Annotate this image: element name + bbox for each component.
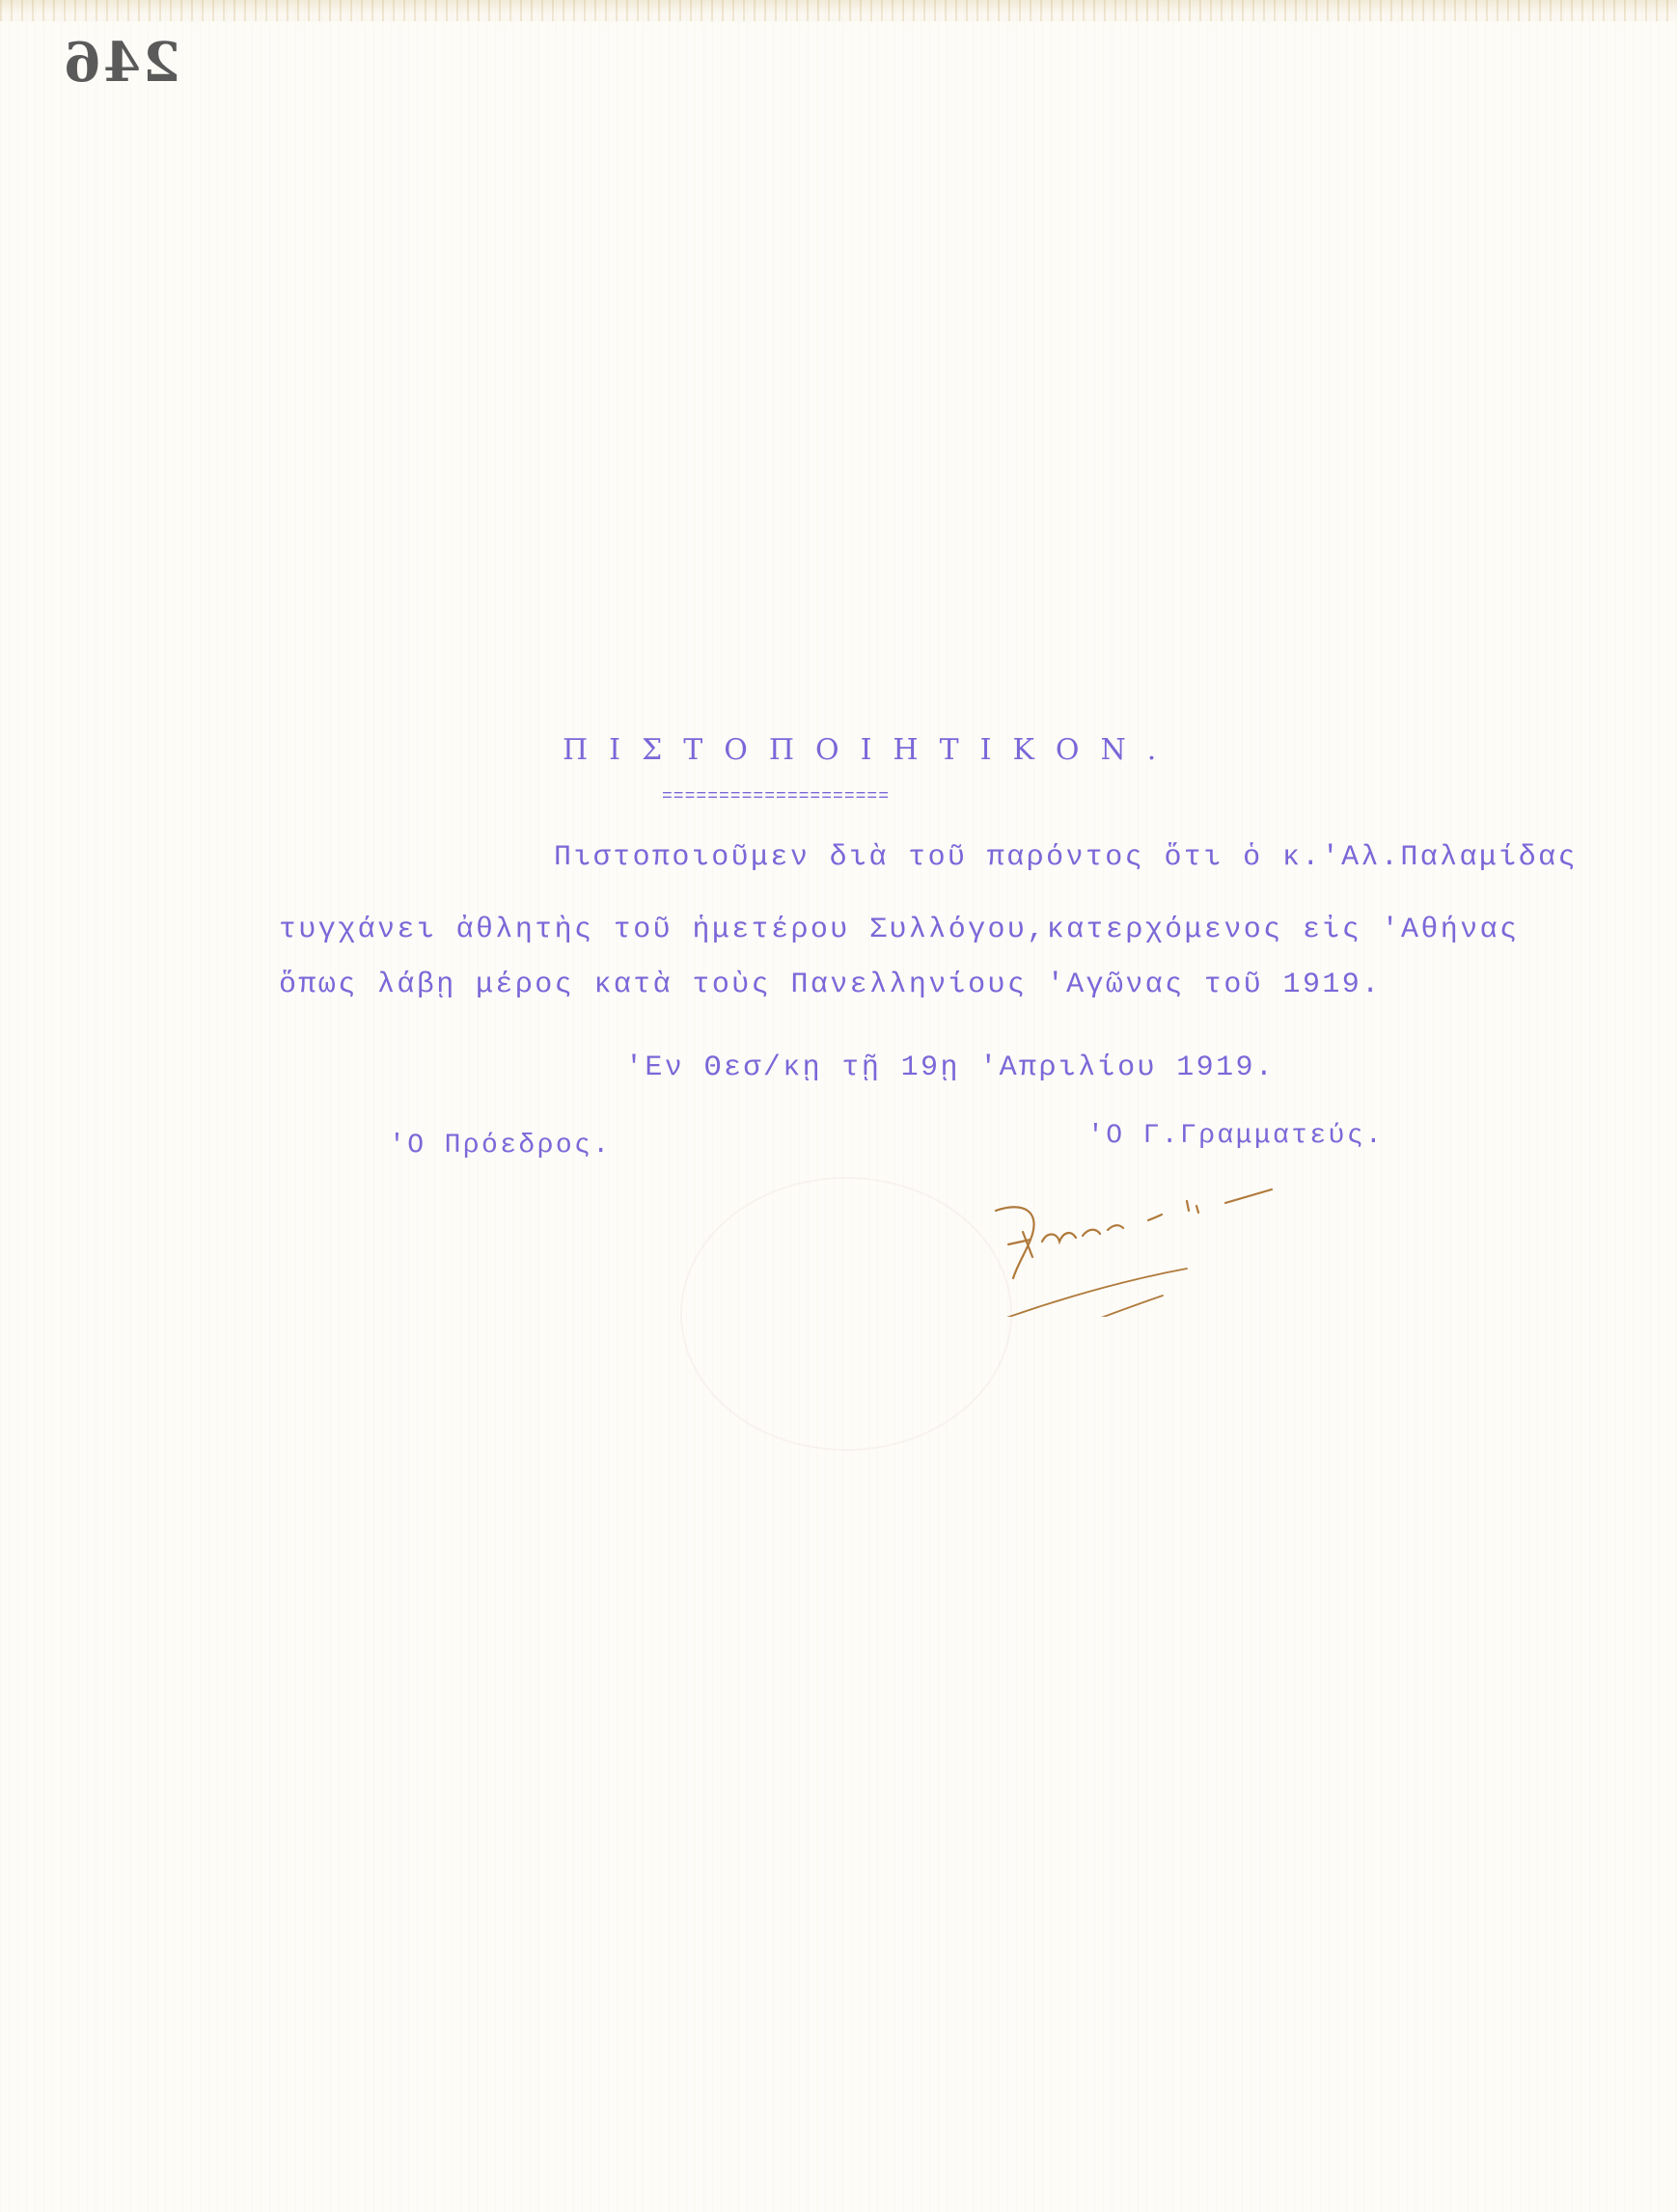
body-line-1: Πιστοποιοῦμεν διὰ τοῦ παρόντος ὅτι ὁ κ.'… bbox=[554, 841, 1578, 874]
document-title: ΠΙΣΤΟΠΟΙΗΤΙΚΟΝ. bbox=[563, 733, 1177, 767]
secretary-label: 'Ο Γ.Γραμματεύς. bbox=[1087, 1121, 1384, 1151]
document-page: 246 ΠΙΣΤΟΠΟΙΗΤΙΚΟΝ. ====================… bbox=[0, 0, 1677, 2212]
folio-number: 246 bbox=[62, 31, 180, 95]
body-line-3: ὅπως λάβῃ μέρος κατὰ τοὺς Πανελληνίους '… bbox=[279, 969, 1382, 1001]
title-underline: ==================== bbox=[662, 787, 890, 806]
date-line: 'Εν Θεσ/κῃ τῇ 19ῃ 'Απριλίου 1919. bbox=[625, 1051, 1275, 1084]
body-line-2: τυγχάνει ἀθλητὴς τοῦ ἡμετέρου Συλλόγου,κ… bbox=[279, 914, 1519, 946]
handwritten-signature bbox=[917, 1172, 1399, 1317]
page-edge-stain bbox=[0, 0, 1677, 21]
president-label: 'Ο Πρόεδρος. bbox=[389, 1131, 611, 1161]
